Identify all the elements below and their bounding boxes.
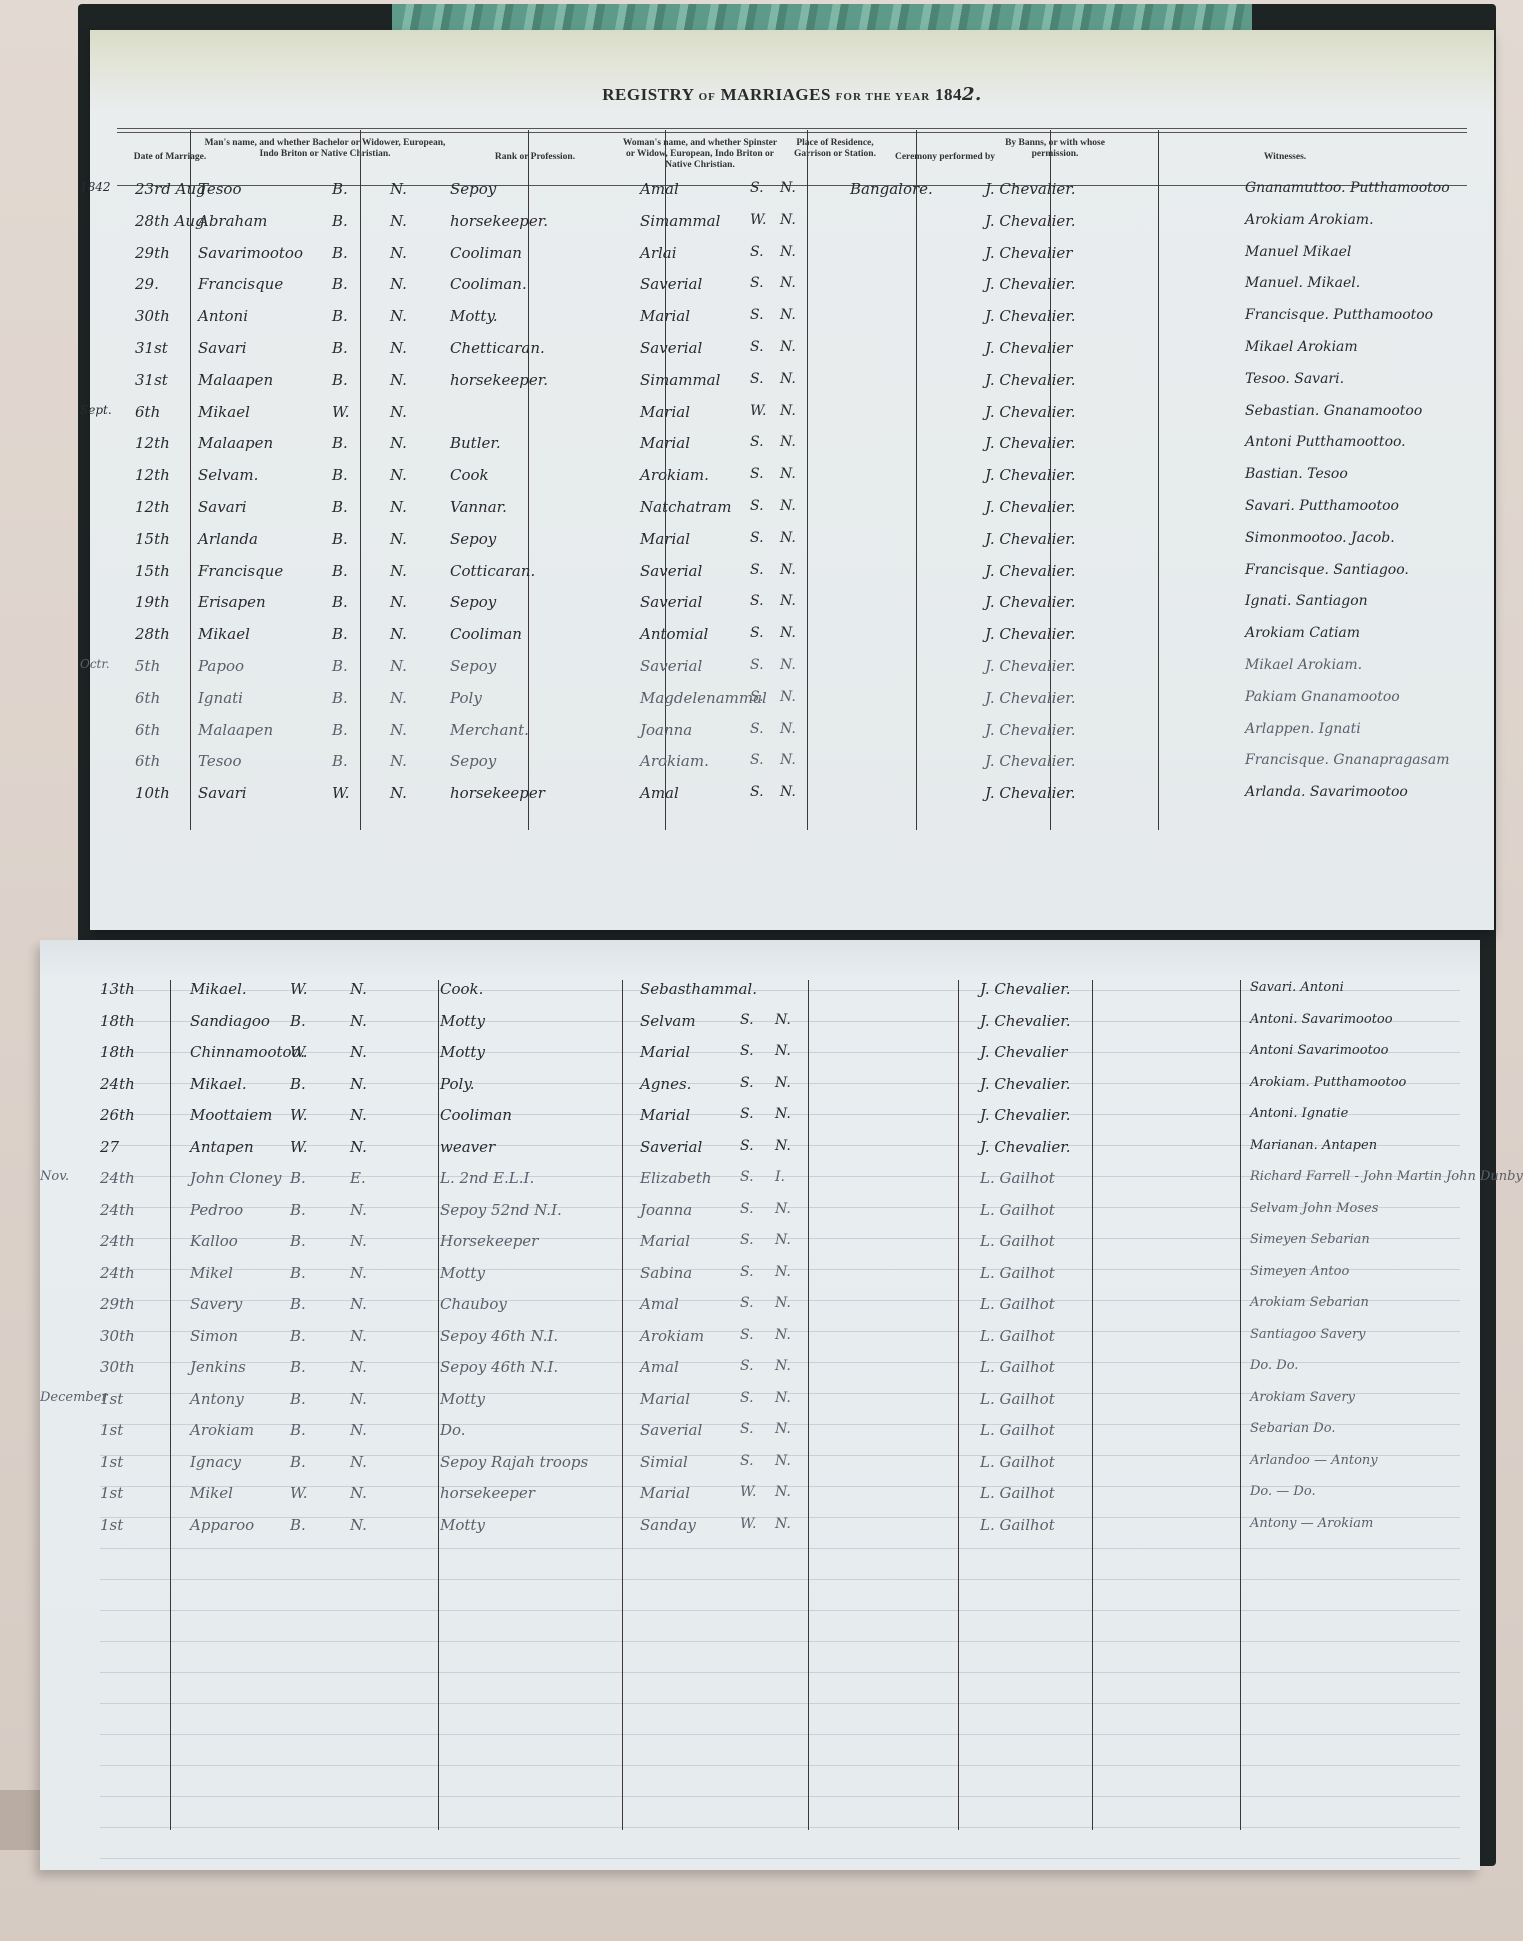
man-status: B. — [332, 562, 348, 580]
woman-status: S. — [750, 498, 764, 514]
witnesses: Francisque. Santiagoo. — [1245, 562, 1409, 578]
officiant: L. Gailhot — [980, 1453, 1055, 1471]
table-row: 24thKallooB.N.HorsekeeperMarialS.N.L. Ga… — [40, 1232, 1480, 1262]
profession: Vannar. — [450, 498, 507, 516]
woman-name: Sanday — [640, 1516, 696, 1534]
man-race: N. — [390, 593, 407, 611]
officiant: J. Chevalier. — [980, 1106, 1071, 1124]
man-race: N. — [350, 1516, 367, 1534]
man-name: Savari — [198, 339, 247, 357]
witnesses: Antoni Savarimootoo — [1250, 1043, 1388, 1058]
officiant: J. Chevalier. — [985, 466, 1076, 484]
woman-name: Saverial — [640, 275, 702, 293]
man-name: Savari — [198, 784, 247, 802]
witnesses: Antoni. Savarimootoo — [1250, 1012, 1393, 1027]
table-row: 6thIgnatiB.N.PolyMagdelenammalS.N.J. Che… — [90, 689, 1494, 719]
witnesses: Richard Farrell - John Martin John Dunby — [1250, 1169, 1523, 1184]
man-race: N. — [350, 1075, 367, 1093]
man-status: B. — [332, 275, 348, 293]
officiant: J. Chevalier. — [985, 371, 1076, 389]
officiant: J. Chevalier — [985, 244, 1072, 262]
officiant: L. Gailhot — [980, 1169, 1055, 1187]
man-status: B. — [332, 657, 348, 675]
man-race: N. — [390, 721, 407, 739]
entry-date: 24th — [100, 1075, 135, 1093]
man-name: Ignacy — [190, 1453, 241, 1471]
residence: Bangalore. — [850, 180, 933, 198]
officiant: J. Chevalier. — [985, 562, 1076, 580]
woman-race: N. — [775, 1043, 791, 1059]
man-race: N. — [390, 212, 407, 230]
man-race: N. — [390, 434, 407, 452]
entry-date: 30th — [135, 307, 170, 325]
man-race: N. — [350, 1232, 367, 1250]
man-name: Francisque — [198, 275, 283, 293]
profession: Motty — [440, 1012, 485, 1030]
entry-date: 29th — [135, 244, 170, 262]
margin-note: Nov. — [40, 1169, 69, 1184]
officiant: L. Gailhot — [980, 1327, 1055, 1345]
woman-status: S. — [740, 1043, 754, 1059]
table-row: 15thFrancisqueB.N.Cotticaran.SaverialS.N… — [90, 562, 1494, 592]
man-race: N. — [390, 180, 407, 198]
officiant: J. Chevalier. — [985, 498, 1076, 516]
woman-race: N. — [775, 1201, 791, 1217]
man-race: N. — [350, 1106, 367, 1124]
table-row: 15thArlandaB.N.SepoyMarialS.N.J. Chevali… — [90, 530, 1494, 560]
woman-name: Marial — [640, 530, 690, 548]
woman-status: S. — [740, 1453, 754, 1469]
witnesses: Francisque. Gnanapragasam — [1245, 752, 1449, 768]
register-page-bottom: 13thMikael.W.N.Cook.Sebasthammal.J. Chev… — [40, 940, 1480, 1870]
woman-race: I. — [775, 1169, 785, 1185]
woman-status: S. — [740, 1201, 754, 1217]
woman-name: Agnes. — [640, 1075, 691, 1093]
table-row: Sept.6thMikaelW.N.MarialW.N.J. Chevalier… — [90, 403, 1494, 433]
woman-name: Marial — [640, 434, 690, 452]
entry-date: 29th — [100, 1295, 135, 1313]
man-status: W. — [290, 1106, 308, 1124]
table-row: 28thMikaelB.N.CoolimanAntomialS.N.J. Che… — [90, 625, 1494, 655]
woman-name: Amal — [640, 1295, 679, 1313]
woman-name: Magdelenammal — [640, 689, 767, 707]
woman-name: Marial — [640, 1484, 690, 1502]
woman-race: N. — [775, 1295, 791, 1311]
ruled-line — [100, 1579, 1460, 1580]
man-name: Malaapen — [198, 434, 273, 452]
man-race: N. — [350, 1421, 367, 1439]
man-status: W. — [290, 980, 308, 998]
entry-date: 6th — [135, 689, 160, 707]
table-row: 19thErisapenB.N.SepoySaverialS.N.J. Chev… — [90, 593, 1494, 623]
man-race: N. — [390, 339, 407, 357]
table-row: 18thChinnamootoo.W.N.MottyMarialS.N.J. C… — [40, 1043, 1480, 1073]
witnesses: Santiagoo Savery — [1250, 1327, 1366, 1342]
woman-name: Elizabeth — [640, 1169, 712, 1187]
officiant: L. Gailhot — [980, 1421, 1055, 1439]
table-row: 10thSavariW.N.horsekeeperAmalS.N.J. Chev… — [90, 784, 1494, 814]
woman-race: N. — [775, 1421, 791, 1437]
man-race: N. — [350, 1390, 367, 1408]
profession: Sepoy — [450, 180, 496, 198]
officiant: L. Gailhot — [980, 1358, 1055, 1376]
witnesses: Sebarian Do. — [1250, 1421, 1335, 1436]
woman-name: Joanna — [640, 721, 692, 739]
man-status: B. — [332, 244, 348, 262]
table-row: 1stApparooB.N.MottySandayW.N.L. GailhotA… — [40, 1516, 1480, 1546]
man-status: B. — [332, 593, 348, 611]
officiant: J. Chevalier. — [985, 752, 1076, 770]
table-row: 6thTesooB.N.SepoyArokiam.S.N.J. Chevalie… — [90, 752, 1494, 782]
table-row: 31stMalaapenB.N.horsekeeper.SimammalS.N.… — [90, 371, 1494, 401]
man-race: N. — [390, 784, 407, 802]
table-row: 6thMalaapenB.N.Merchant.JoannaS.N.J. Che… — [90, 721, 1494, 751]
woman-race: N. — [775, 1264, 791, 1280]
officiant: J. Chevalier. — [985, 784, 1076, 802]
officiant: J. Chevalier. — [985, 403, 1076, 421]
man-name: Tesoo — [198, 180, 241, 198]
man-status: B. — [332, 721, 348, 739]
woman-status: S. — [750, 307, 764, 323]
woman-name: Arlai — [640, 244, 677, 262]
man-name: Mikel — [190, 1484, 233, 1502]
man-name: Francisque — [198, 562, 283, 580]
title-year-printed: 184 — [935, 85, 962, 104]
man-race: N. — [390, 562, 407, 580]
woman-status: S. — [750, 244, 764, 260]
witnesses: Arlandoo — Antony — [1250, 1453, 1378, 1468]
woman-status: W. — [750, 212, 766, 228]
officiant: J. Chevalier — [985, 339, 1072, 357]
ruled-line — [100, 1641, 1460, 1642]
witnesses: Simeyen Sebarian — [1250, 1232, 1370, 1247]
woman-race: N. — [780, 752, 796, 768]
ruled-line — [100, 1548, 1460, 1549]
man-status: B. — [332, 689, 348, 707]
table-row: 30thJenkinsB.N.Sepoy 46th N.I.AmalS.N.L.… — [40, 1358, 1480, 1388]
officiant: J. Chevalier. — [985, 657, 1076, 675]
man-name: Apparoo — [190, 1516, 254, 1534]
entry-date: 18th — [100, 1043, 135, 1061]
woman-name: Sabina — [640, 1264, 692, 1282]
woman-status: S. — [750, 371, 764, 387]
officiant: L. Gailhot — [980, 1201, 1055, 1219]
entry-date: 29. — [135, 275, 159, 293]
witnesses: Simonmootoo. Jacob. — [1245, 530, 1395, 546]
margin-note: Octr. — [80, 657, 110, 671]
witnesses: Antoni Putthamoottoo. — [1245, 434, 1406, 450]
woman-name: Marial — [640, 403, 690, 421]
woman-name: Arokiam. — [640, 752, 709, 770]
woman-race: N. — [780, 530, 796, 546]
table-row: 1stMikelW.N.horsekeeperMarialW.N.L. Gail… — [40, 1484, 1480, 1514]
man-name: Chinnamootoo. — [190, 1043, 305, 1061]
woman-race: N. — [780, 721, 796, 737]
woman-name: Marial — [640, 1106, 690, 1124]
entry-date: 15th — [135, 530, 170, 548]
man-status: B. — [290, 1516, 306, 1534]
profession: horsekeeper — [450, 784, 545, 802]
witnesses: Manuel Mikael — [1245, 244, 1351, 260]
profession: Do. — [440, 1421, 466, 1439]
table-row: 1stArokiamB.N.Do.SaverialS.N.L. GailhotS… — [40, 1421, 1480, 1451]
man-status: B. — [332, 371, 348, 389]
ruled-line — [100, 1734, 1460, 1735]
table-row: 12thSelvam.B.N.CookArokiam.S.N.J. Cheval… — [90, 466, 1494, 496]
man-race: N. — [390, 244, 407, 262]
man-race: N. — [390, 466, 407, 484]
man-race: N. — [390, 530, 407, 548]
man-name: Antoni — [198, 307, 248, 325]
man-name: Selvam. — [198, 466, 258, 484]
entry-date: 30th — [100, 1327, 135, 1345]
register-page-top: REGISTRY OF MARRIAGES FOR THE YEAR 1842.… — [90, 30, 1494, 930]
woman-race: N. — [775, 1390, 791, 1406]
table-row: December1stAntonyB.N.MottyMarialS.N.L. G… — [40, 1390, 1480, 1420]
witnesses: Pakiam Gnanamootoo — [1245, 689, 1400, 705]
entry-date: 27 — [100, 1138, 119, 1156]
entry-date: 12th — [135, 498, 170, 516]
woman-status: S. — [750, 275, 764, 291]
man-status: B. — [290, 1012, 306, 1030]
woman-name: Arokiam — [640, 1327, 704, 1345]
man-name: Erisapen — [198, 593, 266, 611]
entry-date: 12th — [135, 466, 170, 484]
woman-race: N. — [780, 625, 796, 641]
woman-status: S. — [740, 1390, 754, 1406]
woman-race: N. — [775, 1106, 791, 1122]
woman-race: N. — [775, 1453, 791, 1469]
woman-status: S. — [740, 1138, 754, 1154]
profession: Poly — [450, 689, 482, 707]
man-race: N. — [350, 1453, 367, 1471]
man-status: B. — [332, 530, 348, 548]
man-status: B. — [290, 1295, 306, 1313]
woman-name: Marial — [640, 1390, 690, 1408]
man-race: N. — [350, 1043, 367, 1061]
man-name: Mikael. — [190, 980, 247, 998]
woman-race: N. — [780, 403, 796, 419]
man-race: N. — [350, 980, 367, 998]
profession: Cotticaran. — [450, 562, 535, 580]
entry-date: 28th — [135, 625, 170, 643]
entry-date: 31st — [135, 339, 168, 357]
profession: Cook. — [440, 980, 483, 998]
woman-race: N. — [780, 275, 796, 291]
profession: Sepoy 46th N.I. — [440, 1358, 558, 1376]
entry-date: 30th — [100, 1358, 135, 1376]
officiant: J. Chevalier. — [985, 275, 1076, 293]
officiant: J. Chevalier. — [985, 689, 1076, 707]
witnesses: Sebastian. Gnanamootoo — [1245, 403, 1422, 419]
table-edge — [0, 1790, 40, 1850]
witnesses: Simeyen Antoo — [1250, 1264, 1349, 1279]
woman-status: S. — [740, 1232, 754, 1248]
woman-race: N. — [780, 212, 796, 228]
man-name: Antapen — [190, 1138, 254, 1156]
profession: Sepoy — [450, 752, 496, 770]
man-status: B. — [290, 1390, 306, 1408]
man-name: Arlanda — [198, 530, 258, 548]
officiant: J. Chevalier. — [985, 530, 1076, 548]
woman-status: S. — [750, 339, 764, 355]
entry-date: 24th — [100, 1201, 135, 1219]
witnesses: Marianan. Antapen — [1250, 1138, 1377, 1153]
ruled-line — [100, 1610, 1460, 1611]
woman-name: Saverial — [640, 562, 702, 580]
man-status: B. — [290, 1232, 306, 1250]
woman-race: N. — [780, 180, 796, 196]
woman-name: Simammal — [640, 371, 720, 389]
entry-date: 13th — [100, 980, 135, 998]
officiant: L. Gailhot — [980, 1264, 1055, 1282]
witnesses: Do. — Do. — [1250, 1484, 1316, 1499]
witnesses: Manuel. Mikael. — [1245, 275, 1360, 291]
woman-name: Amal — [640, 1358, 679, 1376]
profession: Sepoy — [450, 593, 496, 611]
man-race: N. — [390, 689, 407, 707]
table-row: 30thAntoniB.N.Motty.MarialS.N.J. Chevali… — [90, 307, 1494, 337]
profession: Motty — [440, 1516, 485, 1534]
man-status: W. — [290, 1484, 308, 1502]
woman-status: S. — [740, 1327, 754, 1343]
man-race: E. — [350, 1169, 366, 1187]
woman-race: N. — [780, 339, 796, 355]
entry-date: 15th — [135, 562, 170, 580]
woman-status: S. — [750, 562, 764, 578]
table-row: 12thMalaapenB.N.Butler.MarialS.N.J. Chev… — [90, 434, 1494, 464]
woman-status: S. — [750, 530, 764, 546]
man-race: N. — [350, 1012, 367, 1030]
woman-status: S. — [740, 1358, 754, 1374]
man-race: N. — [350, 1358, 367, 1376]
woman-name: Arokiam. — [640, 466, 709, 484]
man-name: Mikael — [198, 625, 250, 643]
witnesses: Arokiam Savery — [1250, 1390, 1355, 1405]
man-name: Malaapen — [198, 721, 273, 739]
woman-status: S. — [740, 1075, 754, 1091]
woman-name: Joanna — [640, 1201, 692, 1219]
woman-race: N. — [775, 1138, 791, 1154]
man-status: B. — [332, 339, 348, 357]
title-for-the-year: FOR THE YEAR — [836, 91, 931, 103]
woman-race: N. — [780, 434, 796, 450]
man-race: N. — [390, 307, 407, 325]
table-row: 30thSimonB.N.Sepoy 46th N.I.ArokiamS.N.L… — [40, 1327, 1480, 1357]
man-status: B. — [290, 1327, 306, 1345]
woman-status: S. — [750, 466, 764, 482]
entry-date: 1st — [100, 1453, 123, 1471]
man-name: Antony — [190, 1390, 244, 1408]
table-row: 29thSaveryB.N.ChauboyAmalS.N.L. GailhotA… — [40, 1295, 1480, 1325]
man-race: N. — [390, 498, 407, 516]
table-row: 29.FrancisqueB.N.Cooliman.SaverialS.N.J.… — [90, 275, 1494, 305]
profession: Butler. — [450, 434, 501, 452]
profession: Cooliman — [450, 244, 522, 262]
witnesses: Bastian. Tesoo — [1245, 466, 1348, 482]
witnesses: Mikael Arokiam — [1245, 339, 1358, 355]
woman-status: S. — [750, 593, 764, 609]
entry-date: 6th — [135, 403, 160, 421]
woman-name: Simammal — [640, 212, 720, 230]
profession: Cook — [450, 466, 489, 484]
man-name: Pedroo — [190, 1201, 243, 1219]
title-marriages: MARRIAGES — [721, 85, 831, 104]
title-registry: REGISTRY — [602, 85, 694, 104]
witnesses: Antoni. Ignatie — [1250, 1106, 1348, 1121]
man-name: Abraham — [198, 212, 267, 230]
man-race: N. — [390, 275, 407, 293]
woman-name: Marial — [640, 1232, 690, 1250]
witnesses: Gnanamuttoo. Putthamootoo — [1245, 180, 1450, 196]
officiant: J. Chevalier. — [985, 307, 1076, 325]
woman-name: Amal — [640, 180, 679, 198]
margin-note: 1842 — [80, 180, 111, 194]
woman-name: Marial — [640, 1043, 690, 1061]
woman-status: S. — [750, 689, 764, 705]
woman-race: N. — [780, 466, 796, 482]
profession: Motty — [440, 1264, 485, 1282]
woman-race: N. — [775, 1358, 791, 1374]
man-race: N. — [350, 1327, 367, 1345]
witnesses: Do. Do. — [1250, 1358, 1298, 1373]
woman-race: N. — [775, 1484, 791, 1500]
man-status: W. — [290, 1138, 308, 1156]
woman-status: S. — [740, 1106, 754, 1122]
man-race: N. — [390, 403, 407, 421]
profession-column-header: Rank or Profession. — [460, 152, 610, 163]
witnesses-column-header: Witnesses. — [1120, 152, 1450, 163]
officiant: J. Chevalier. — [980, 1138, 1071, 1156]
man-race: N. — [390, 625, 407, 643]
woman-status: W. — [740, 1516, 756, 1532]
woman-name: Amal — [640, 784, 679, 802]
header-top-rule — [117, 128, 1467, 133]
table-row: 12thSavariB.N.Vannar.NatchatramS.N.J. Ch… — [90, 498, 1494, 528]
woman-status: S. — [750, 721, 764, 737]
man-status: B. — [290, 1075, 306, 1093]
woman-race: N. — [780, 371, 796, 387]
woman-name: Simial — [640, 1453, 688, 1471]
profession: Motty. — [450, 307, 498, 325]
entry-date: 6th — [135, 721, 160, 739]
woman-status: S. — [750, 434, 764, 450]
man-column-header: Man's name, and whether Bachelor or Wido… — [200, 138, 450, 160]
profession: Sepoy — [450, 657, 496, 675]
man-status: B. — [290, 1453, 306, 1471]
woman-status: S. — [750, 657, 764, 673]
officiant: L. Gailhot — [980, 1390, 1055, 1408]
man-status: B. — [290, 1169, 306, 1187]
table-row: Octr.5thPapooB.N.SepoySaverialS.N.J. Che… — [90, 657, 1494, 687]
man-status: B. — [290, 1358, 306, 1376]
woman-race: N. — [780, 593, 796, 609]
man-name: Malaapen — [198, 371, 273, 389]
man-name: Jenkins — [190, 1358, 246, 1376]
title-year-handwritten: 2. — [962, 84, 982, 105]
table-row: 28th AugAbrahamB.N.horsekeeper.SimammalW… — [90, 212, 1494, 242]
table-row: 26thMoottaiemW.N.CoolimanMarialS.N.J. Ch… — [40, 1106, 1480, 1136]
man-name: Mikael — [198, 403, 250, 421]
man-race: N. — [390, 752, 407, 770]
woman-race: N. — [780, 562, 796, 578]
table-row: 31stSavariB.N.Chetticaran.SaverialS.N.J.… — [90, 339, 1494, 369]
officiant: J. Chevalier. — [980, 1075, 1071, 1093]
table-row: Nov.24thJohn CloneyB.E.L. 2nd E.L.I.Eliz… — [40, 1169, 1480, 1199]
officiant: J. Chevalier — [980, 1043, 1067, 1061]
officiant: J. Chevalier. — [980, 1012, 1071, 1030]
woman-status: S. — [750, 180, 764, 196]
